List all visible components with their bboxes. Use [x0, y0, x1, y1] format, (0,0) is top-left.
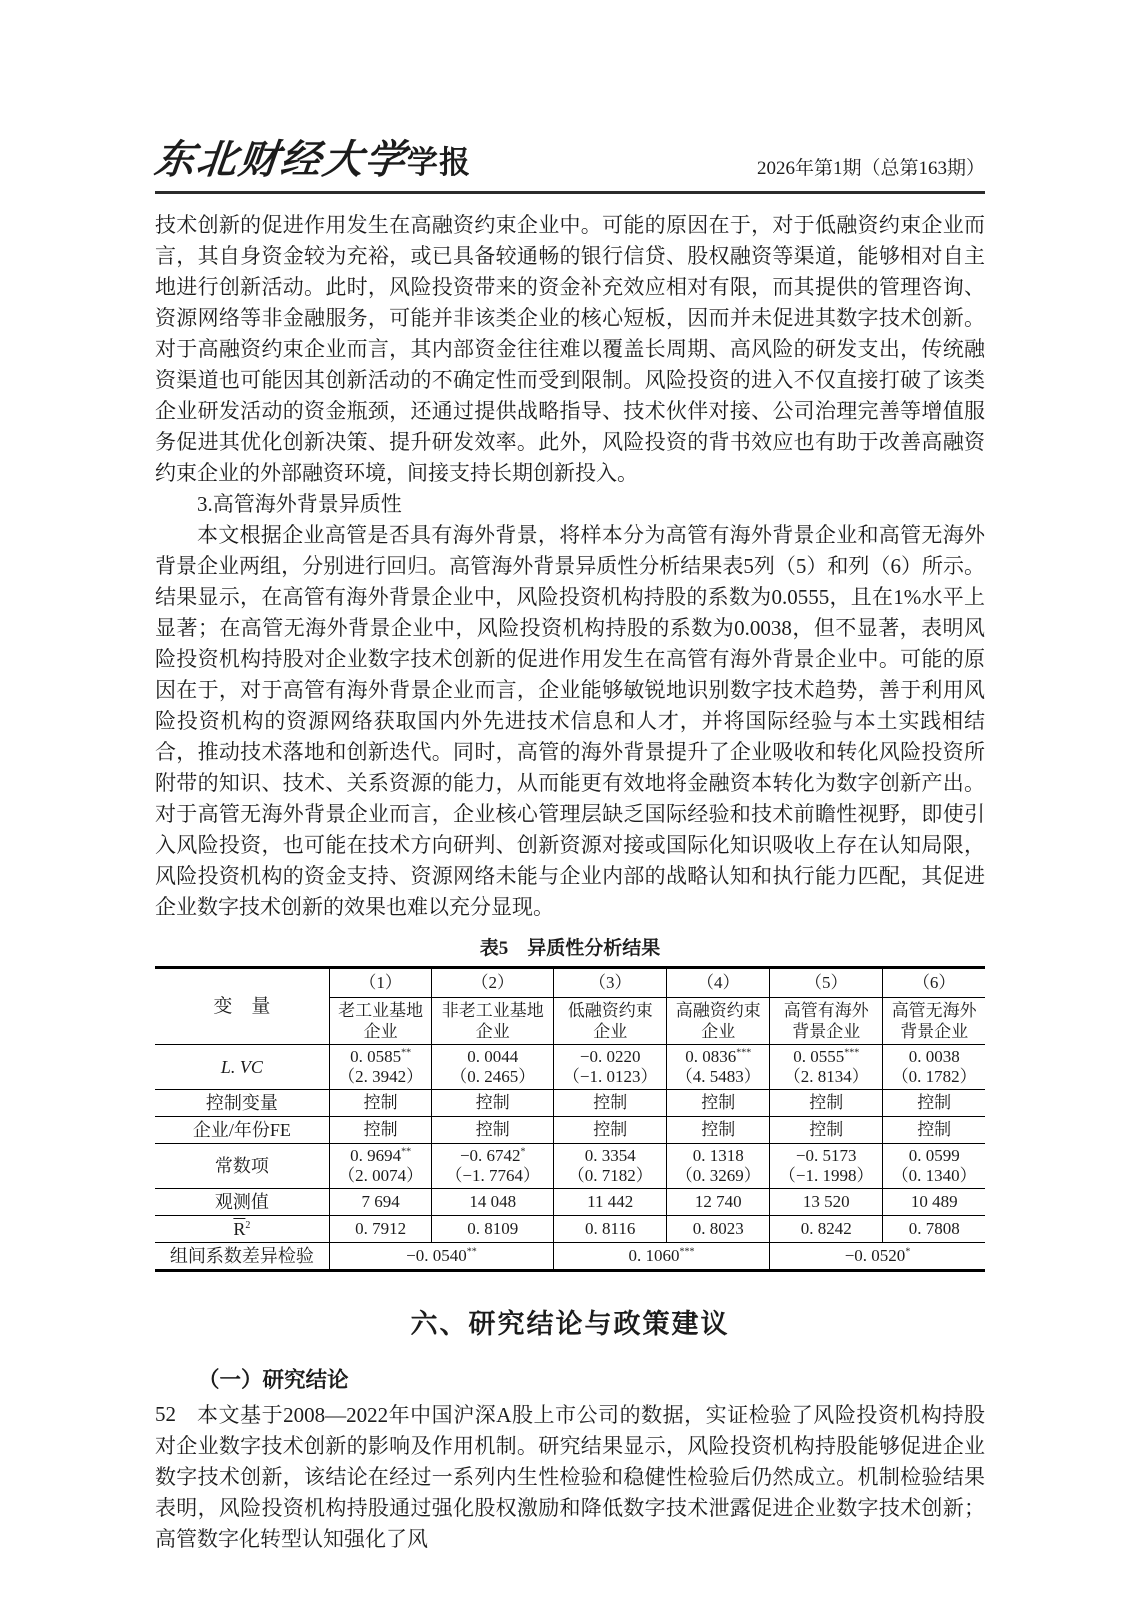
cell-lvc-3: −0. 0220（−1. 0123） — [554, 1045, 667, 1090]
cell-diff-2: 0. 1060*** — [554, 1243, 770, 1271]
cell-constant-1: 0. 9694**（2. 0074） — [329, 1144, 432, 1189]
column-header-6: （6） — [883, 968, 985, 998]
cell-obs-3: 11 442 — [554, 1189, 667, 1216]
cell-r2-3: 0. 8116 — [554, 1216, 667, 1243]
table-row-constant: 常数项 0. 9694**（2. 0074） −0. 6742*（−1. 776… — [155, 1144, 985, 1189]
article-body: 技术创新的促进作用发生在高融资约束企业中。可能的原因在于，对于低融资约束企业而言… — [155, 210, 985, 1555]
row-label-lvc: L. VC — [155, 1045, 329, 1090]
cell-r2-4: 0. 8023 — [667, 1216, 770, 1243]
cell-constant-6: 0. 0599（0. 1340） — [883, 1144, 985, 1189]
paragraph-overseas-background: 本文根据企业高管是否具有海外背景，将样本分为高管有海外背景企业和高管无海外背景企… — [155, 520, 985, 923]
column-label-4: 高融资约束 企业 — [667, 998, 770, 1045]
cell-r2-1: 0. 7912 — [329, 1216, 432, 1243]
table-row-lvc: L. VC 0. 0585**（2. 3942） 0. 0044（0. 2465… — [155, 1045, 985, 1090]
cell-constant-4: 0. 1318（0. 3269） — [667, 1144, 770, 1189]
cell-r2-2: 0. 8109 — [432, 1216, 554, 1243]
cell-diff-3: −0. 0520* — [770, 1243, 985, 1271]
row-label-fe: 企业/年份FE — [155, 1117, 329, 1144]
table-header-row-numbers: 变 量 （1） （2） （3） （4） （5） （6） — [155, 968, 985, 998]
column-label-5: 高管有海外 背景企业 — [770, 998, 883, 1045]
paragraph-funding-constraint: 技术创新的促进作用发生在高融资约束企业中。可能的原因在于，对于低融资约束企业而言… — [155, 210, 985, 489]
row-label-constant: 常数项 — [155, 1144, 329, 1189]
cell-obs-4: 12 740 — [667, 1189, 770, 1216]
cell-fe-6: 控制 — [883, 1117, 985, 1144]
cell-obs-5: 13 520 — [770, 1189, 883, 1216]
table-5-title: 表5 异质性分析结果 — [155, 933, 985, 960]
subsection-heading-findings: （一）研究结论 — [155, 1363, 985, 1394]
cell-constant-3: 0. 3354（0. 7182） — [554, 1144, 667, 1189]
cell-obs-1: 7 694 — [329, 1189, 432, 1216]
subsection-heading-overseas: 3.高管海外背景异质性 — [155, 489, 985, 520]
table-row-r2: R2 0. 7912 0. 8109 0. 8116 0. 8023 0. 82… — [155, 1216, 985, 1243]
cell-obs-2: 14 048 — [432, 1189, 554, 1216]
table-5: 变 量 （1） （2） （3） （4） （5） （6） 老工业基地 企业 非老工… — [155, 966, 985, 1272]
cell-r2-5: 0. 8242 — [770, 1216, 883, 1243]
table-row-coef-diff-test: 组间系数差异检验 −0. 0540** 0. 1060*** −0. 0520* — [155, 1243, 985, 1271]
journal-logo-suffix: 学报 — [407, 145, 471, 180]
cell-fe-1: 控制 — [329, 1117, 432, 1144]
issue-info: 2026年第1期（总第163期） — [757, 153, 985, 185]
cell-obs-6: 10 489 — [883, 1189, 985, 1216]
cell-fe-4: 控制 — [667, 1117, 770, 1144]
journal-header: 东北财经大学学报 2026年第1期（总第163期） — [155, 0, 985, 194]
cell-constant-5: −0. 5173（−1. 1998） — [770, 1144, 883, 1189]
cell-lvc-5: 0. 0555***（2. 8134） — [770, 1045, 883, 1090]
journal-logo: 东北财经大学学报 — [155, 128, 471, 185]
cell-diff-1: −0. 0540** — [329, 1243, 553, 1271]
section-heading-conclusions: 六、研究结论与政策建议 — [155, 1302, 985, 1341]
column-header-3: （3） — [554, 968, 667, 998]
cell-lvc-1: 0. 0585**（2. 3942） — [329, 1045, 432, 1090]
cell-lvc-2: 0. 0044（0. 2465） — [432, 1045, 554, 1090]
table-row-controls: 控制变量 控制 控制 控制 控制 控制 控制 — [155, 1090, 985, 1117]
row-label-r2: R2 — [155, 1216, 329, 1243]
cell-lvc-4: 0. 0836***（4. 5483） — [667, 1045, 770, 1090]
column-label-2: 非老工业基地 企业 — [432, 998, 554, 1045]
cell-fe-5: 控制 — [770, 1117, 883, 1144]
row-label-controls: 控制变量 — [155, 1090, 329, 1117]
page: 东北财经大学学报 2026年第1期（总第163期） 技术创新的促进作用发生在高融… — [0, 0, 1140, 1600]
column-label-6: 高管无海外 背景企业 — [883, 998, 985, 1045]
cell-fe-2: 控制 — [432, 1117, 554, 1144]
column-header-1: （1） — [329, 968, 432, 998]
cell-lvc-6: 0. 0038（0. 1782） — [883, 1045, 985, 1090]
table-row-fe: 企业/年份FE 控制 控制 控制 控制 控制 控制 — [155, 1117, 985, 1144]
row-label-observations: 观测值 — [155, 1189, 329, 1216]
cell-controls-3: 控制 — [554, 1090, 667, 1117]
content-column: 东北财经大学学报 2026年第1期（总第163期） 技术创新的促进作用发生在高融… — [0, 0, 1140, 1555]
column-label-1: 老工业基地 企业 — [329, 998, 432, 1045]
cell-controls-1: 控制 — [329, 1090, 432, 1117]
column-header-variable: 变 量 — [155, 968, 329, 1045]
column-label-3: 低融资约束 企业 — [554, 998, 667, 1045]
column-header-5: （5） — [770, 968, 883, 998]
cell-controls-6: 控制 — [883, 1090, 985, 1117]
column-header-2: （2） — [432, 968, 554, 998]
journal-logo-script: 东北财经大学 — [152, 128, 410, 185]
table-row-observations: 观测值 7 694 14 048 11 442 12 740 13 520 10… — [155, 1189, 985, 1216]
cell-fe-3: 控制 — [554, 1117, 667, 1144]
page-number: 52 — [155, 1402, 176, 1427]
cell-controls-5: 控制 — [770, 1090, 883, 1117]
cell-controls-2: 控制 — [432, 1090, 554, 1117]
column-header-4: （4） — [667, 968, 770, 998]
cell-constant-2: −0. 6742*（−1. 7764） — [432, 1144, 554, 1189]
paragraph-conclusions: 本文基于2008—2022年中国沪深A股上市公司的数据，实证检验了风险投资机构持… — [155, 1400, 985, 1555]
cell-controls-4: 控制 — [667, 1090, 770, 1117]
cell-r2-6: 0. 7808 — [883, 1216, 985, 1243]
row-label-coef-diff-test: 组间系数差异检验 — [155, 1243, 329, 1271]
